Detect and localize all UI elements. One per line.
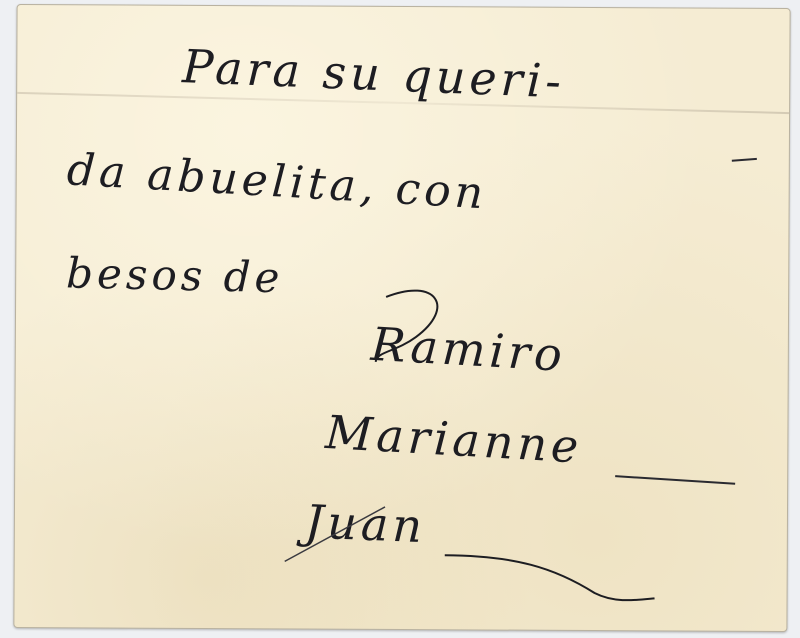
- paper-note: Para su queri- da abuelita, con besos de…: [13, 4, 790, 632]
- handwriting-flourish: [14, 5, 789, 631]
